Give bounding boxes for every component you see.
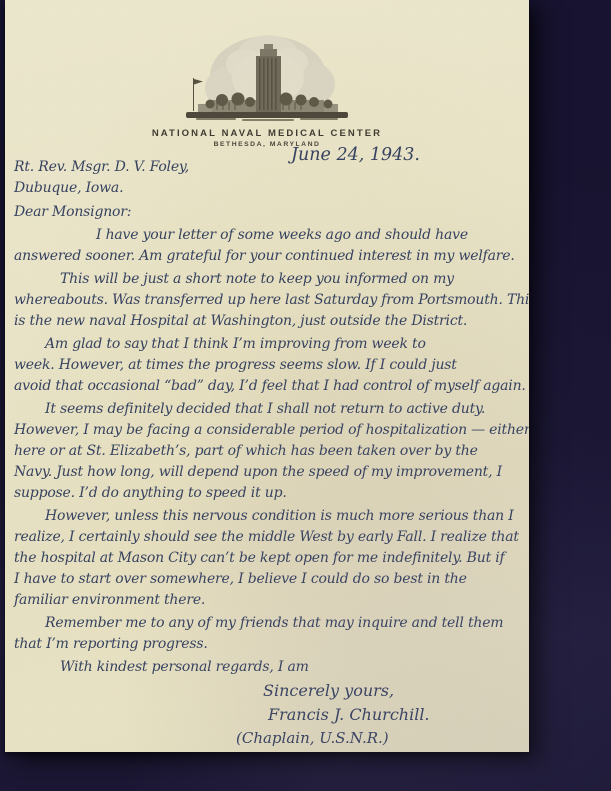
letter-line: answered sooner. Am grateful for your co… [14, 246, 525, 267]
letter-line: I have your letter of some weeks ago and… [14, 225, 525, 246]
letter-line: Am glad to say that I think I’m improvin… [14, 334, 525, 355]
photograph-backdrop: NATIONAL NAVAL MEDICAL CENTER BETHESDA, … [0, 0, 611, 791]
letter-body: Rt. Rev. Msgr. D. V. Foley, Dubuque, Iow… [14, 157, 525, 678]
letter-line: is the new naval Hospital at Washington,… [14, 311, 525, 332]
letterhead-org-location: BETHESDA, MARYLAND [5, 141, 529, 148]
letter-line: Navy. Just how long, will depend upon th… [14, 462, 525, 483]
letter-page: NATIONAL NAVAL MEDICAL CENTER BETHESDA, … [5, 0, 529, 752]
letter-line: suppose. I’d do anything to speed it up. [14, 483, 525, 504]
letter-line: I have to start over somewhere, I believ… [14, 569, 525, 590]
letter-line: It seems definitely decided that I shall… [14, 399, 525, 420]
naval-medical-center-engraving-icon [180, 28, 355, 125]
letterhead: NATIONAL NAVAL MEDICAL CENTER BETHESDA, … [5, 28, 529, 148]
signature: Francis J. Churchill. [268, 705, 430, 724]
recipient-name: Rt. Rev. Msgr. D. V. Foley, [14, 157, 525, 178]
letter-line: realize, I certainly should see the midd… [14, 527, 525, 548]
letterhead-org-name: NATIONAL NAVAL MEDICAL CENTER [5, 128, 529, 139]
letter-line: whereabouts. Was transferred up here las… [14, 290, 525, 311]
recipient-city: Dubuque, Iowa. [14, 178, 525, 199]
letter-line: Remember me to any of my friends that ma… [14, 613, 525, 634]
letter-line: familiar environment there. [14, 590, 525, 611]
valediction: Sincerely yours, [263, 681, 394, 700]
letter-line: avoid that occasional “bad” day, I’d fee… [14, 376, 525, 397]
letter-line: here or at St. Elizabeth’s, part of whic… [14, 441, 525, 462]
letter-line: With kindest personal regards, I am [14, 657, 525, 678]
letter-line: that I’m reporting progress. [14, 634, 525, 655]
letter-line: week. However, at times the progress see… [14, 355, 525, 376]
letter-line: the hospital at Mason City can’t be kept… [14, 548, 525, 569]
letter-line: However, I may be facing a considerable … [14, 420, 525, 441]
letter-line: However, unless this nervous condition i… [14, 506, 525, 527]
salutation: Dear Monsignor: [14, 202, 525, 223]
signature-title: (Chaplain, U.S.N.R.) [236, 729, 389, 747]
letter-line: This will be just a short note to keep y… [14, 269, 525, 290]
